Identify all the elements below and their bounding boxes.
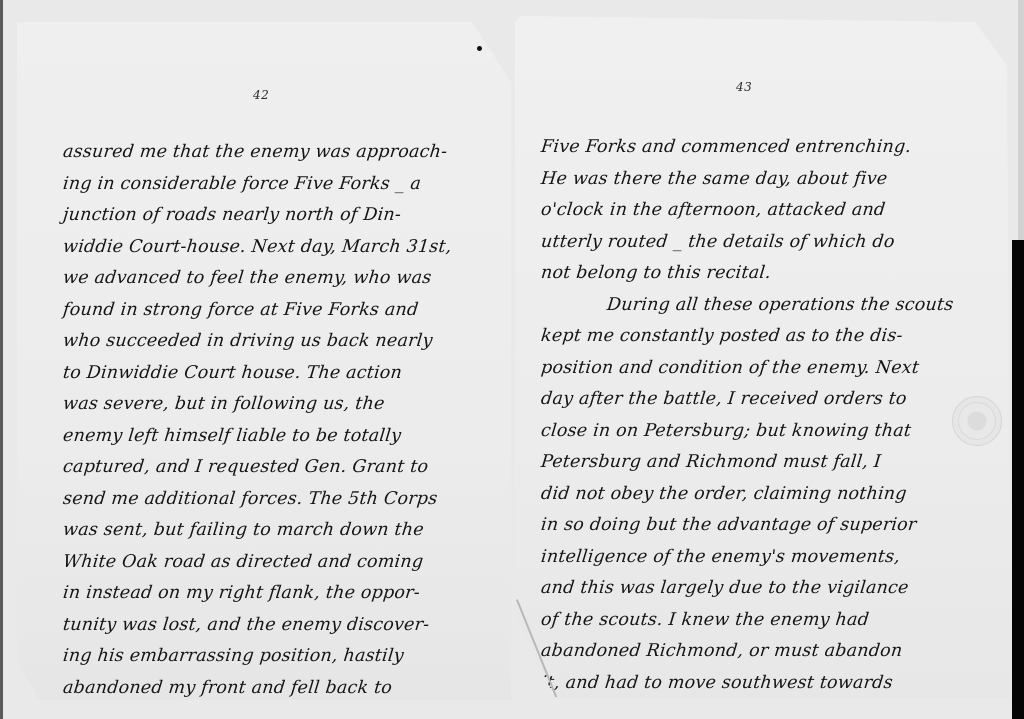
text-line: close in on Petersburg; but knowing that bbox=[539, 416, 955, 448]
text-line: tunity was lost, and the enemy discover- bbox=[61, 610, 453, 642]
text-line: and this was largely due to the vigilanc… bbox=[539, 573, 955, 605]
text-line: position and condition of the enemy. Nex… bbox=[539, 353, 955, 385]
text-line: o'clock in the afternoon, attacked and bbox=[539, 195, 955, 227]
text-line: utterly routed _ the details of which do bbox=[539, 227, 955, 259]
text-line: did not obey the order, claiming nothing bbox=[539, 479, 955, 511]
scan-right-edge-light bbox=[1018, 0, 1024, 240]
text-line: abandoned Richmond, or must abandon bbox=[539, 636, 955, 668]
text-line: day after the battle, I received orders … bbox=[539, 384, 955, 416]
text-line: He was there the same day, about five bbox=[539, 164, 955, 196]
text-line: During all these operations the scouts bbox=[539, 290, 955, 322]
text-line: it, and had to move southwest towards bbox=[539, 668, 955, 700]
text-line: send me additional forces. The 5th Corps bbox=[61, 484, 453, 516]
text-line: junction of roads nearly north of Din- bbox=[61, 200, 453, 232]
text-line: abandoned my front and fell back to bbox=[61, 673, 453, 705]
manuscript-page-42: 42 assured me that the enemy was approac… bbox=[17, 22, 511, 700]
text-line: enemy left himself liable to be totally bbox=[61, 421, 453, 453]
text-line: kept me constantly posted as to the dis- bbox=[539, 321, 955, 353]
scan-right-edge-dark bbox=[1012, 240, 1024, 719]
text-line: to Dinwiddie Court house. The action bbox=[61, 358, 453, 390]
text-line: not belong to this recital. bbox=[539, 258, 955, 290]
text-line: widdie Court-house. Next day, March 31st… bbox=[61, 232, 453, 264]
text-line: ing his embarrassing position, hastily bbox=[61, 641, 453, 673]
text-line: we advanced to feel the enemy, who was bbox=[61, 263, 453, 295]
page-number: 43 bbox=[736, 80, 752, 94]
text-line: who succeeded in driving us back nearly bbox=[61, 326, 453, 358]
ink-blot bbox=[477, 46, 482, 51]
text-line: found in strong force at Five Forks and bbox=[61, 295, 453, 327]
text-line: Petersburg and Richmond must fall, I bbox=[539, 447, 955, 479]
text-line: was sent, but failing to march down the bbox=[61, 515, 453, 547]
text-line: in so doing but the advantage of superio… bbox=[539, 510, 955, 542]
text-line: White Oak road as directed and coming bbox=[61, 547, 453, 579]
text-line: ing in considerable force Five Forks _ a bbox=[61, 169, 453, 201]
text-line: of the scouts. I knew the enemy had bbox=[539, 605, 955, 637]
text-line: was severe, but in following us, the bbox=[61, 389, 453, 421]
text-line: captured, and I requested Gen. Grant to bbox=[61, 452, 453, 484]
archival-seal-stamp-icon bbox=[952, 396, 1002, 446]
text-line: assured me that the enemy was approach- bbox=[61, 137, 453, 169]
page-text: Five Forks and commenced entrenching. He… bbox=[541, 132, 953, 699]
text-line: intelligence of the enemy's movements, bbox=[539, 542, 955, 574]
page-number: 42 bbox=[253, 88, 269, 102]
text-line: in instead on my right flank, the oppor- bbox=[61, 578, 453, 610]
text-line: Five Forks and commenced entrenching. bbox=[539, 132, 955, 164]
scan-left-edge bbox=[0, 0, 3, 719]
manuscript-page-43: 43 Five Forks and commenced entrenching.… bbox=[515, 16, 1011, 698]
page-text: assured me that the enemy was approach- … bbox=[63, 137, 451, 704]
